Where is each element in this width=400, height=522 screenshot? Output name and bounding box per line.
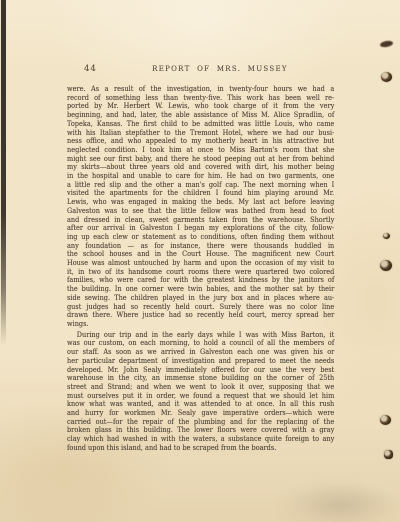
page-number: 44 [84, 64, 97, 74]
text-block: were. As a result of the investigation, … [67, 85, 335, 453]
scanned-book-page: 44 REPORT OF MRS. MUSSEY were. As a resu… [0, 0, 400, 522]
binder-hole [383, 233, 390, 239]
running-head: 44 REPORT OF MRS. MUSSEY [67, 64, 333, 76]
binder-hole [380, 415, 391, 425]
page-gutter-edge [0, 0, 6, 345]
running-header-title: REPORT OF MRS. MUSSEY [107, 65, 333, 73]
binder-hole [381, 72, 392, 82]
text-line: wings. [67, 320, 334, 329]
binder-hole [384, 450, 393, 459]
binder-hole [380, 260, 392, 271]
paragraph: were. As a result of the investigation, … [67, 85, 335, 329]
text-line: drawn there. Where justice had so recent… [67, 311, 334, 320]
paragraph: During our trip and in the early days wh… [67, 331, 335, 453]
ink-smudge [380, 40, 394, 48]
text-line: found upon this island, and had to be sc… [67, 444, 334, 453]
